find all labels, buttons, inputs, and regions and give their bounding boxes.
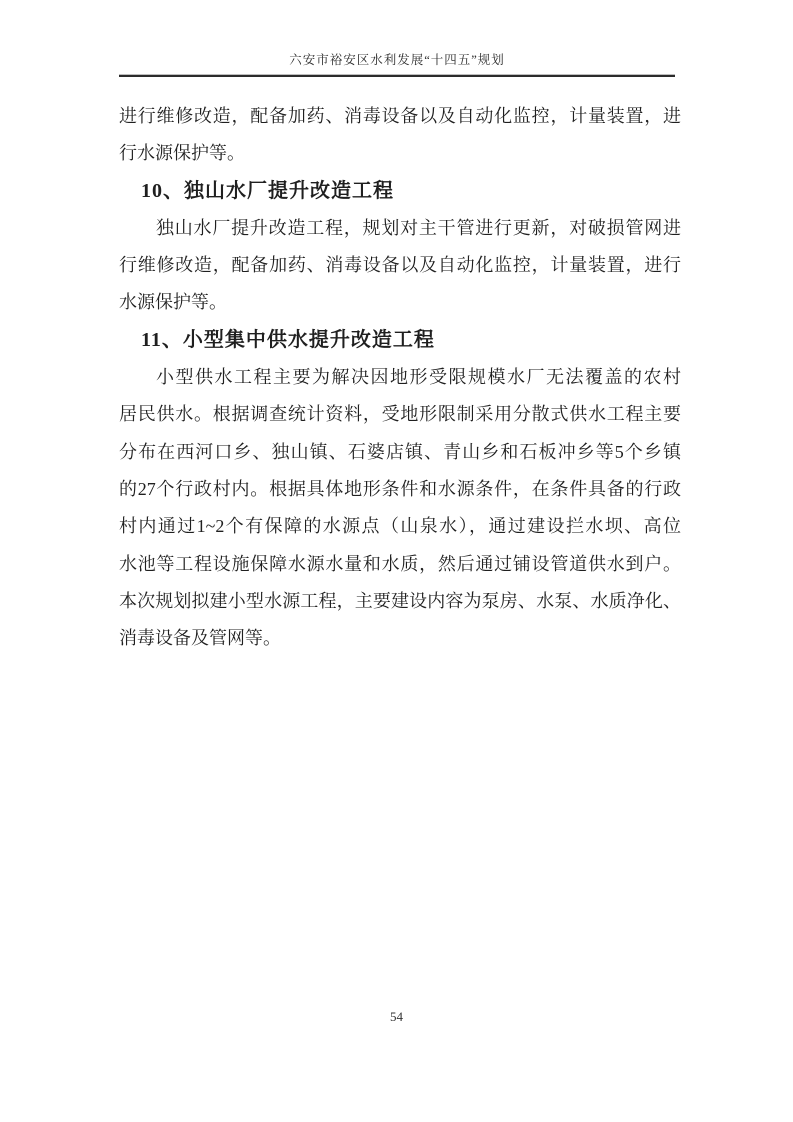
document-body: 进行维修改造，配备加药、消毒设备以及自动化监控，计量装置，进 行水源保护等。 1… bbox=[119, 98, 681, 657]
text-line: 村内通过1~2个有保障的水源点（山泉水），通过建设拦水坝、高位 bbox=[119, 508, 681, 545]
header-title: 六安市裕安区水利发展“十四五”规划 bbox=[119, 50, 675, 68]
page-header: 六安市裕安区水利发展“十四五”规划 bbox=[119, 50, 675, 77]
document-page: 六安市裕安区水利发展“十四五”规划 进行维修改造，配备加药、消毒设备以及自动化监… bbox=[0, 0, 793, 1122]
text-line: 居民供水。根据调查统计资料，受地形限制采用分散式供水工程主要 bbox=[119, 396, 681, 433]
section-heading-11: 11、小型集中供水提升改造工程 bbox=[119, 322, 681, 359]
text-line: 分布在西河口乡、独山镇、石婆店镇、青山乡和石板冲乡等5个乡镇 bbox=[119, 434, 681, 471]
section-heading-10: 10、独山水厂提升改造工程 bbox=[119, 173, 681, 210]
text-line: 的27个行政村内。根据具体地形条件和水源条件，在条件具备的行政 bbox=[119, 471, 681, 508]
text-line: 水池等工程设施保障水源水量和水质，然后通过铺设管道供水到户。 bbox=[119, 546, 681, 583]
text-line: 行水源保护等。 bbox=[119, 135, 681, 172]
text-line: 独山水厂提升改造工程，规划对主干管进行更新，对破损管网进 bbox=[119, 210, 681, 247]
text-line: 本次规划拟建小型水源工程，主要建设内容为泵房、水泵、水质净化、 bbox=[119, 583, 681, 620]
text-line: 水源保护等。 bbox=[119, 284, 681, 321]
text-line: 行维修改造，配备加药、消毒设备以及自动化监控，计量装置，进行 bbox=[119, 247, 681, 284]
text-line: 小型供水工程主要为解决因地形受限规模水厂无法覆盖的农村 bbox=[119, 359, 681, 396]
page-number: 54 bbox=[390, 1009, 403, 1024]
text-line: 进行维修改造，配备加药、消毒设备以及自动化监控，计量装置，进 bbox=[119, 98, 681, 135]
text-line: 消毒设备及管网等。 bbox=[119, 620, 681, 657]
header-rule bbox=[119, 74, 675, 77]
page-footer: 54 bbox=[0, 1008, 793, 1026]
